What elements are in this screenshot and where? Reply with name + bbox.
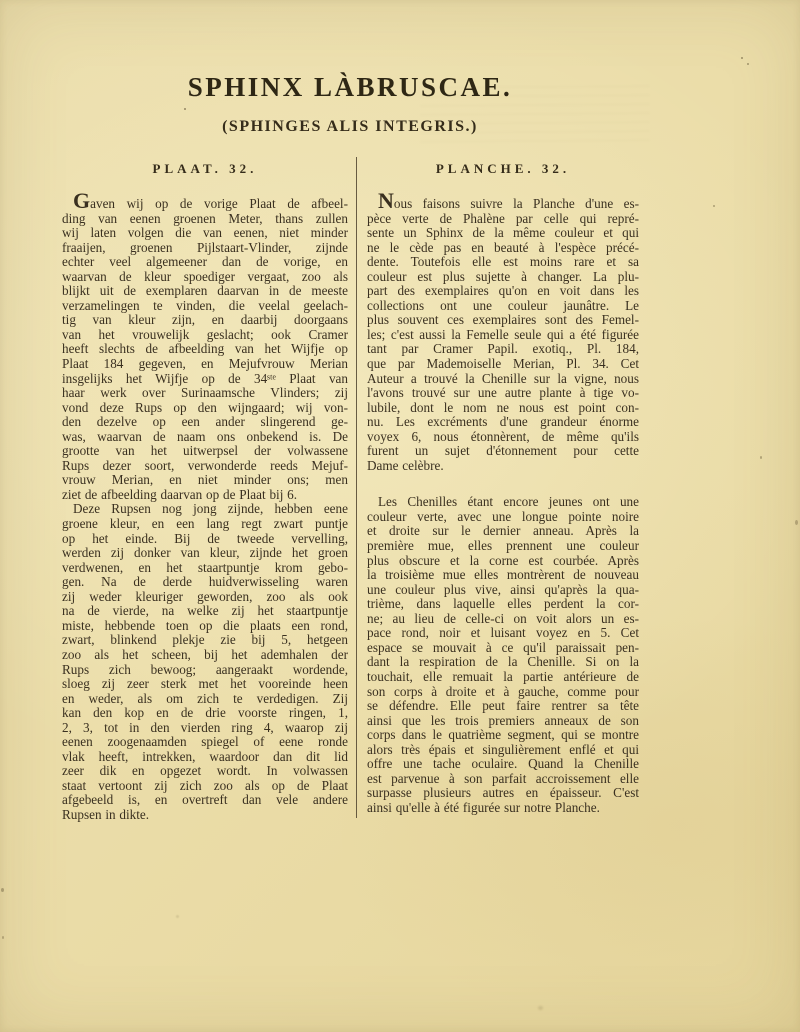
text-line: pace rond, noir et luisant voyez en 5. C… — [367, 626, 639, 641]
text-line: collections ont une couleur jaunâtre. Le — [367, 299, 639, 314]
text-line: blijkt uit de exemplaren daarvan in de m… — [62, 284, 348, 299]
text-line: son corps à droite et à gauche, comme po… — [367, 685, 639, 700]
text-line: nu. Les excréments d'une grandeur énorme — [367, 415, 639, 430]
text-line: vrouw Merian, en niet minder ons; men — [62, 473, 348, 488]
paper-speck — [747, 63, 749, 65]
text-line: les; c'est aussi la Femelle seule qui a … — [367, 328, 639, 343]
text-line: touchait, elle remuait la partie antérie… — [367, 670, 639, 685]
text-line: dant la respiration de la Chenille. Si o… — [367, 655, 639, 670]
text-line: corps dans le quatrième segment, qui se … — [367, 728, 639, 743]
text-line: haar werk over Surinaamsche Vlinders; zi… — [62, 386, 348, 401]
text-line: ainsi qu'elle à été figurée sur notre Pl… — [367, 801, 639, 816]
text-line: Dame celèbre. — [367, 459, 639, 474]
page-title: SPHINX LÀBRUSCAE. — [62, 72, 638, 103]
text-line: gen. Na de derde huidverwisseling waren — [62, 575, 348, 590]
text-line: et droite sur le dernier anneau. Après l… — [367, 524, 639, 539]
text-line: echter veel algemeener dan de vorige, en — [62, 255, 348, 270]
text-line: en weder, als om zich te verdedigen. Zij — [62, 692, 348, 707]
left-column-dutch-text: Gaven wij op de vorige Plaat de afbeel-d… — [62, 196, 348, 823]
text-line: Rups dezer soort, verwonderde reeds Meju… — [62, 459, 348, 474]
right-column-header: PLANCHE. 32. — [367, 161, 639, 177]
paper-speck — [184, 108, 186, 110]
text-line: Deze Rupsen nog jong zijnde, hebben eene — [62, 502, 348, 517]
text-line: plus obscure et la corne est courbée. Ap… — [367, 554, 639, 569]
text-line: kan den kop en de drie voorste ringen, 1… — [62, 706, 348, 721]
text-line: heeft slechts de afbeelding van het Wijf… — [62, 342, 348, 357]
paper-speck — [2, 936, 4, 939]
text-line: ne le cède pas en beauté à l'espèce préc… — [367, 241, 639, 256]
paper-speck — [741, 57, 743, 59]
text-line: zwart, blinkend plekje zie bij 5, hetgee… — [62, 633, 348, 648]
text-line: Gaven wij op de vorige Plaat de afbeel- — [62, 196, 348, 212]
text-paragraph: Deze Rupsen nog jong zijnde, hebben eene… — [62, 502, 348, 822]
scanned-book-page: SPHINX LÀBRUSCAE. (SPHINGES ALIS INTEGRI… — [0, 0, 800, 1032]
text-line: na de vierde, na welke zij het staartpun… — [62, 604, 348, 619]
text-line: tig van kleur zijn, en daarbij doorgaans — [62, 313, 348, 328]
text-line: ne; au lieu de celle-ci on voit alors un… — [367, 612, 639, 627]
text-line: op het einde. Bij de tweede vervelling, — [62, 532, 348, 547]
text-line: tant par Cramer Papil. exotiq., Pl. 184, — [367, 342, 639, 357]
text-line: Plaat 184 gegeven, en Mejufvrouw Merian — [62, 357, 348, 372]
text-line: ainsi que les trois premiers anneaux de … — [367, 714, 639, 729]
text-line: afgebeeld is, en overtreft dan vele ande… — [62, 793, 348, 808]
text-line: zij weder kleuriger geworden, zoo als oo… — [62, 590, 348, 605]
text-line: Auteur a trouvé la Chenille sur la vigne… — [367, 372, 639, 387]
text-line: grootte van het uitwerpsel der volwassen… — [62, 444, 348, 459]
text-paragraph: Gaven wij op de vorige Plaat de afbeel-d… — [62, 196, 348, 502]
text-line: lubile, dont le nom ne nous est point co… — [367, 401, 639, 416]
text-line: sloeg zij zeer sterk met het vooreinde h… — [62, 677, 348, 692]
text-line: que par Mademoiselle Merian, Pl. 34. Cet — [367, 357, 639, 372]
text-paragraph: Les Chenilles étant encore jeunes ont un… — [367, 495, 639, 815]
paper-speck — [795, 520, 798, 525]
text-line: groene kleur, en een lang regt zwart pun… — [62, 517, 348, 532]
text-line: sente un Sphinx de la même couleur et qu… — [367, 226, 639, 241]
paper-speck — [176, 915, 179, 918]
text-line: Rups zich bewoog; aangeraakt wordende, — [62, 663, 348, 678]
text-line: plus souvent ces exemplaires sont des Fe… — [367, 313, 639, 328]
text-line: miste, hebbende toen op die plaats een r… — [62, 619, 348, 634]
text-line: verzamelingen te vinden, die veelal geel… — [62, 299, 348, 314]
page-subtitle: (SPHINGES ALIS INTEGRIS.) — [62, 118, 638, 136]
text-line: zoo als het scheen, bij het ademhalen de… — [62, 648, 348, 663]
text-line: waarvan de kleur spoediger vergaat, zoo … — [62, 270, 348, 285]
column-divider-rule — [356, 157, 357, 818]
text-line: une couleur plus vive, ainsi qu'après la… — [367, 583, 639, 598]
text-line: l'avons trouvé sur une autre plante à ti… — [367, 386, 639, 401]
text-line: couleur verte, avec une longue pointe no… — [367, 510, 639, 525]
text-line: staat vertoont zij zich zoo als op de Pl… — [62, 779, 348, 794]
paper-speck — [760, 456, 762, 459]
text-line: est parvenue à son parfait accroissement… — [367, 772, 639, 787]
text-line: vond deze Rups op den wijngaard; wij von… — [62, 401, 348, 416]
left-column-header: PLAAT. 32. — [62, 161, 348, 177]
text-line: Rupsen in dikte. — [62, 808, 348, 823]
text-line: furent un sujet d'étonnement pour cette — [367, 444, 639, 459]
text-line: ding van eenen groenen Meter, thans zull… — [62, 212, 348, 227]
text-line: vlak heeft, intrekken, waardoor dan dit … — [62, 750, 348, 765]
paper-speck — [1, 888, 4, 892]
text-line: la troisième mue elles montrèrent de nou… — [367, 568, 639, 583]
text-line: Nous faisons suivre la Planche d'une es- — [367, 196, 639, 212]
text-line: première mue, elles prennent une couleur — [367, 539, 639, 554]
paper-speck — [538, 1006, 543, 1010]
right-column-french-text: Nous faisons suivre la Planche d'une es-… — [367, 196, 639, 815]
text-line: 2, 3, tot in den vierden ring 4, waarop … — [62, 721, 348, 736]
text-line: surpasse plusieurs autres en épaisseur. … — [367, 786, 639, 801]
text-line: alors très épais et singulièrement enflé… — [367, 743, 639, 758]
text-line: ziet de afbeelding daarvan op de Plaat b… — [62, 488, 348, 503]
text-paragraph: Nous faisons suivre la Planche d'une es-… — [367, 196, 639, 473]
text-line: pèce verte de Phalène par celle qui repr… — [367, 212, 639, 227]
paper-speck — [713, 205, 715, 207]
text-line: espace se mouvait à ce qu'il paraissait … — [367, 641, 639, 656]
text-line: Les Chenilles étant encore jeunes ont un… — [367, 495, 639, 510]
text-line: fraaijen, groenen Pijlstaart-Vlinder, zi… — [62, 241, 348, 256]
text-line: eenen zoogenaamden spiegel of eene ronde — [62, 735, 348, 750]
text-line: voyex 6, nous étonnèrent, de même qu'ils — [367, 430, 639, 445]
text-line: den dezelve op een ander slingerend ge- — [62, 415, 348, 430]
text-line: zeer dik en opgezet wordt. In volwassen — [62, 764, 348, 779]
text-line: van het vrouwelijk geslacht; ook Cramer — [62, 328, 348, 343]
text-line: wij laten volgen die van eenen, niet min… — [62, 226, 348, 241]
text-line: se défendre. Elle peut faire rentrer sa … — [367, 699, 639, 714]
text-line: couleur est plus sujette à changer. La p… — [367, 270, 639, 285]
text-line: offre une tache oculaire. Quand la Cheni… — [367, 757, 639, 772]
text-line: verdwenen, en het staartpuntje krom gebo… — [62, 561, 348, 576]
text-line: dente. Toutefois elle est moins rare et … — [367, 255, 639, 270]
text-line: was, waarvan de naam ons onbekend is. De — [62, 430, 348, 445]
text-line: insgelijks het Wijfje op de 34ˢᵗᵉ Plaat … — [62, 372, 348, 387]
text-line: trième, dans laquelle elles perdent la c… — [367, 597, 639, 612]
text-line: werden zij donker van kleur, zijnde het … — [62, 546, 348, 561]
text-line: part des exemplaires qu'on en voit dans … — [367, 284, 639, 299]
